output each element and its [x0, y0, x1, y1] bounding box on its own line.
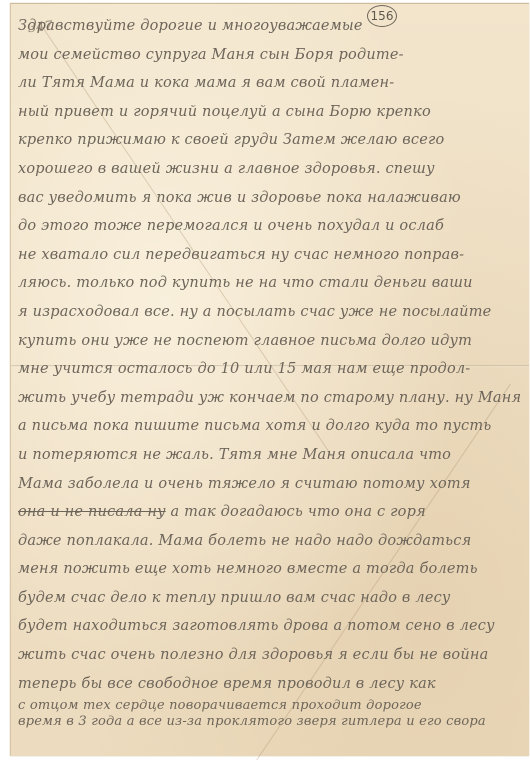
- text-line: ный привет и горячий поцелуй а сына Борю…: [18, 98, 528, 127]
- text-line: а письма пока пишите письма хотя и долго…: [18, 412, 528, 441]
- text-line: теперь бы все свободное время проводил в…: [18, 670, 528, 699]
- text-line: я израсходовал все. ну а посылать счас у…: [18, 298, 528, 327]
- letter-text: Здравствуйте дорогие и многоуважаемые мо…: [18, 12, 528, 730]
- text-line: Здравствуйте дорогие и многоуважаемые: [18, 12, 528, 41]
- text-line: купить они уже не поспеют главное письма…: [18, 327, 528, 356]
- text-line: и потеряются не жаль. Тятя мне Маня опис…: [18, 441, 528, 470]
- text-line: ли Тятя Мама и кока мама я вам свой плам…: [18, 69, 528, 98]
- text-line: время в 3 года а все из-за проклятого зв…: [18, 714, 528, 730]
- text-line: крепко прижимаю к своей груди Затем жела…: [18, 126, 528, 155]
- text-line: мои семейство супруга Маня сын Боря роди…: [18, 41, 528, 70]
- text-line-with-strikethrough: она и не писала ну а так догадаюсь что о…: [18, 498, 528, 527]
- text-line: будет находиться заготовлять дрова а пот…: [18, 612, 528, 641]
- text-line-remainder: а так догадаюсь что она с горя: [166, 504, 426, 520]
- text-line: с отцом тех сердце поворачивается проход…: [18, 698, 528, 714]
- text-line: хорошего в вашей жизни а главное здоровь…: [18, 155, 528, 184]
- text-line: меня пожить еще хоть немного вместе а то…: [18, 555, 528, 584]
- text-line: ляюсь. только под купить не на что стали…: [18, 269, 528, 298]
- text-line: до этого тоже перемогался и очень похуда…: [18, 212, 528, 241]
- text-line: даже поплакала. Мама болеть не надо надо…: [18, 527, 528, 556]
- struck-out-text: она и не писала ну: [18, 504, 166, 520]
- text-line: будем счас дело к теплу пришло вам счас …: [18, 584, 528, 613]
- text-line: вас уведомить я пока жив и здоровье пока…: [18, 184, 528, 213]
- text-line: жить счас очень полезно для здоровья я е…: [18, 641, 528, 670]
- text-line: Мама заболела и очень тяжело я считаю по…: [18, 470, 528, 499]
- text-line: не хватало сил передвигаться ну счас нем…: [18, 241, 528, 270]
- text-line: мне учится осталось до 10 или 15 мая нам…: [18, 355, 528, 384]
- text-line: жить учебу тетради уж кончаем по старому…: [18, 384, 528, 413]
